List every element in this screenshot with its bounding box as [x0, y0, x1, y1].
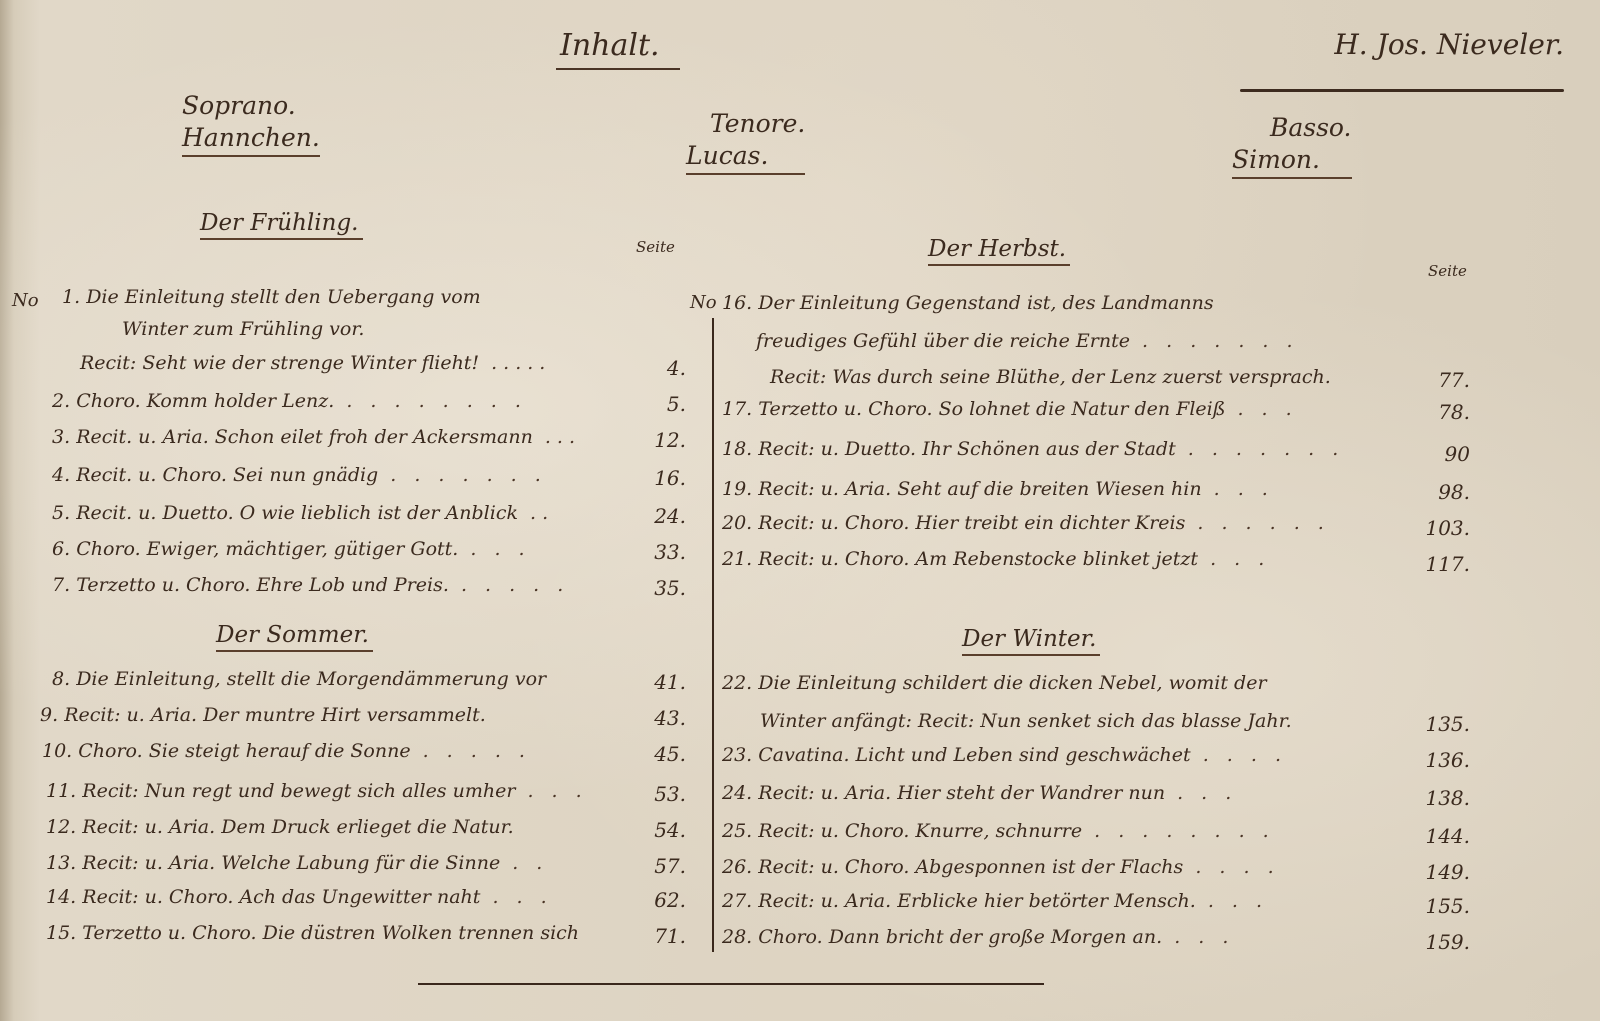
entry-19-page: 98.: [1410, 480, 1470, 504]
entry-12-page: 54.: [626, 818, 686, 842]
entry-27-page: 155.: [1410, 894, 1470, 918]
entry-25-page: 144.: [1410, 824, 1470, 848]
entry-5-page: 24.: [626, 504, 686, 528]
entry-26: 26. Recit: u. Choro. Abgesponnen ist der…: [722, 856, 1280, 878]
voice-role: Basso.: [1232, 112, 1352, 144]
season-heading-winter: Der Winter.: [962, 626, 1100, 656]
entry-9: 9. Recit: u. Aria. Der muntre Hirt versa…: [40, 704, 486, 726]
entry-4-page: 16.: [626, 466, 686, 490]
entry-25: 25. Recit: u. Choro. Knurre, schnurre . …: [722, 820, 1275, 842]
entry-22: 22. Die Einleitung schildert die dicken …: [722, 672, 1267, 694]
voice-tenor: Tenore. Lucas.: [686, 108, 805, 175]
entry-17-page: 78.: [1410, 400, 1470, 424]
voice-soprano: Soprano. Hannchen.: [182, 90, 320, 157]
entry-14-page: 62.: [626, 888, 686, 912]
entry-16-line-3: Recit: Was durch seine Blüthe, der Lenz …: [770, 366, 1331, 388]
entry-24-page: 138.: [1410, 786, 1470, 810]
entry-16-page: 77.: [1410, 368, 1470, 392]
entry-2-page: 5.: [626, 392, 686, 416]
number-prefix: No: [12, 290, 39, 311]
entry-4: 4. Recit. u. Choro. Sei nun gnädig . . .…: [52, 464, 547, 486]
entry-13-page: 57.: [626, 854, 686, 878]
entry-16-line-2: freudiges Gefühl über die reiche Ernte .…: [756, 330, 1299, 352]
entry-1-line-2: Winter zum Frühling vor.: [122, 318, 364, 340]
page-column-label-right: Seite: [1428, 262, 1467, 280]
entry-22-line-2: Winter anfängt: Recit: Nun senket sich d…: [760, 710, 1292, 732]
entry-23: 23. Cavatina. Licht und Leben sind gesch…: [722, 744, 1287, 766]
entry-15: 15. Terzetto u. Choro. Die düstren Wolke…: [46, 922, 579, 944]
entry-1: 1. Die Einleitung stellt den Uebergang v…: [62, 286, 481, 308]
entry-2: 2. Choro. Komm holder Lenz. . . . . . . …: [52, 390, 527, 412]
voice-role: Soprano.: [182, 90, 320, 122]
entry-18: 18. Recit: u. Duetto. Ihr Schönen aus de…: [722, 438, 1344, 460]
entry-21-page: 117.: [1410, 552, 1470, 576]
entry-7: 7. Terzetto u. Choro. Ehre Lob und Preis…: [52, 574, 569, 596]
season-heading-autumn: Der Herbst.: [928, 236, 1070, 266]
entry-28: 28. Choro. Dann bricht der große Morgen …: [722, 926, 1234, 948]
owner-rule: [1240, 89, 1564, 92]
entry-1-page: 4.: [626, 356, 686, 380]
entry-14: 14. Recit: u. Choro. Ach das Ungewitter …: [46, 886, 553, 908]
voice-role: Tenore.: [686, 108, 805, 140]
entry-15-page: 71.: [626, 924, 686, 948]
season-heading-spring: Der Frühling.: [200, 210, 363, 240]
entry-23-page: 136.: [1410, 748, 1470, 772]
entry-13: 13. Recit: u. Aria. Welche Labung für di…: [46, 852, 548, 874]
entry-20-page: 103.: [1410, 516, 1470, 540]
entry-8: 8. Die Einleitung, stellt die Morgendämm…: [52, 668, 546, 690]
entry-6-page: 33.: [626, 540, 686, 564]
entry-5: 5. Recit. u. Duetto. O wie lieblich ist …: [52, 502, 554, 524]
entry-21: 21. Recit: u. Choro. Am Rebenstocke blin…: [722, 548, 1270, 570]
voice-character: Simon.: [1232, 144, 1352, 179]
entry-26-page: 149.: [1410, 860, 1470, 884]
entry-20: 20. Recit: u. Choro. Hier treibt ein dic…: [722, 512, 1330, 534]
entry-24: 24. Recit: u. Aria. Hier steht der Wandr…: [722, 782, 1237, 804]
number-prefix: No: [690, 292, 717, 313]
entry-9-page: 43.: [626, 706, 686, 730]
entry-7-page: 35.: [626, 576, 686, 600]
voice-character: Hannchen.: [182, 122, 320, 157]
entry-18-page: 90: [1410, 442, 1470, 466]
column-divider: [712, 318, 714, 952]
entry-16: 16. Der Einleitung Gegenstand ist, des L…: [722, 292, 1214, 314]
entry-11: 11. Recit: Nun regt und bewegt sich alle…: [46, 780, 588, 802]
manuscript-page: Inhalt. H. Jos. Nieveler. Soprano. Hannc…: [0, 0, 1600, 1021]
entry-3: 3. Recit. u. Aria. Schon eilet froh der …: [52, 426, 581, 448]
entry-27: 27. Recit: u. Aria. Erblicke hier betört…: [722, 890, 1268, 912]
entry-28-page: 159.: [1410, 930, 1470, 954]
entry-10: 10. Choro. Sie steigt herauf die Sonne .…: [42, 740, 531, 762]
title-underline: [556, 68, 680, 70]
entry-3-page: 12.: [626, 428, 686, 452]
entry-1-line-3: Recit: Seht wie der strenge Winter flieh…: [80, 352, 551, 374]
entry-11-page: 53.: [626, 782, 686, 806]
entry-22-page: 135.: [1410, 712, 1470, 736]
entry-6: 6. Choro. Ewiger, mächtiger, gütiger Got…: [52, 538, 531, 560]
owner-signature: H. Jos. Nieveler.: [1334, 28, 1564, 61]
voice-character: Lucas.: [686, 140, 805, 175]
page-column-label-left: Seite: [636, 238, 675, 256]
entry-8-page: 41.: [626, 670, 686, 694]
season-heading-summer: Der Sommer.: [216, 622, 373, 652]
entry-19: 19. Recit: u. Aria. Seht auf die breiten…: [722, 478, 1274, 500]
entry-12: 12. Recit: u. Aria. Dem Druck erlieget d…: [46, 816, 514, 838]
voice-basso: Basso. Simon.: [1232, 112, 1352, 179]
entry-17: 17. Terzetto u. Choro. So lohnet die Nat…: [722, 398, 1298, 420]
page-title: Inhalt.: [560, 28, 660, 63]
entry-10-page: 45.: [626, 742, 686, 766]
bottom-rule: [418, 983, 1044, 985]
